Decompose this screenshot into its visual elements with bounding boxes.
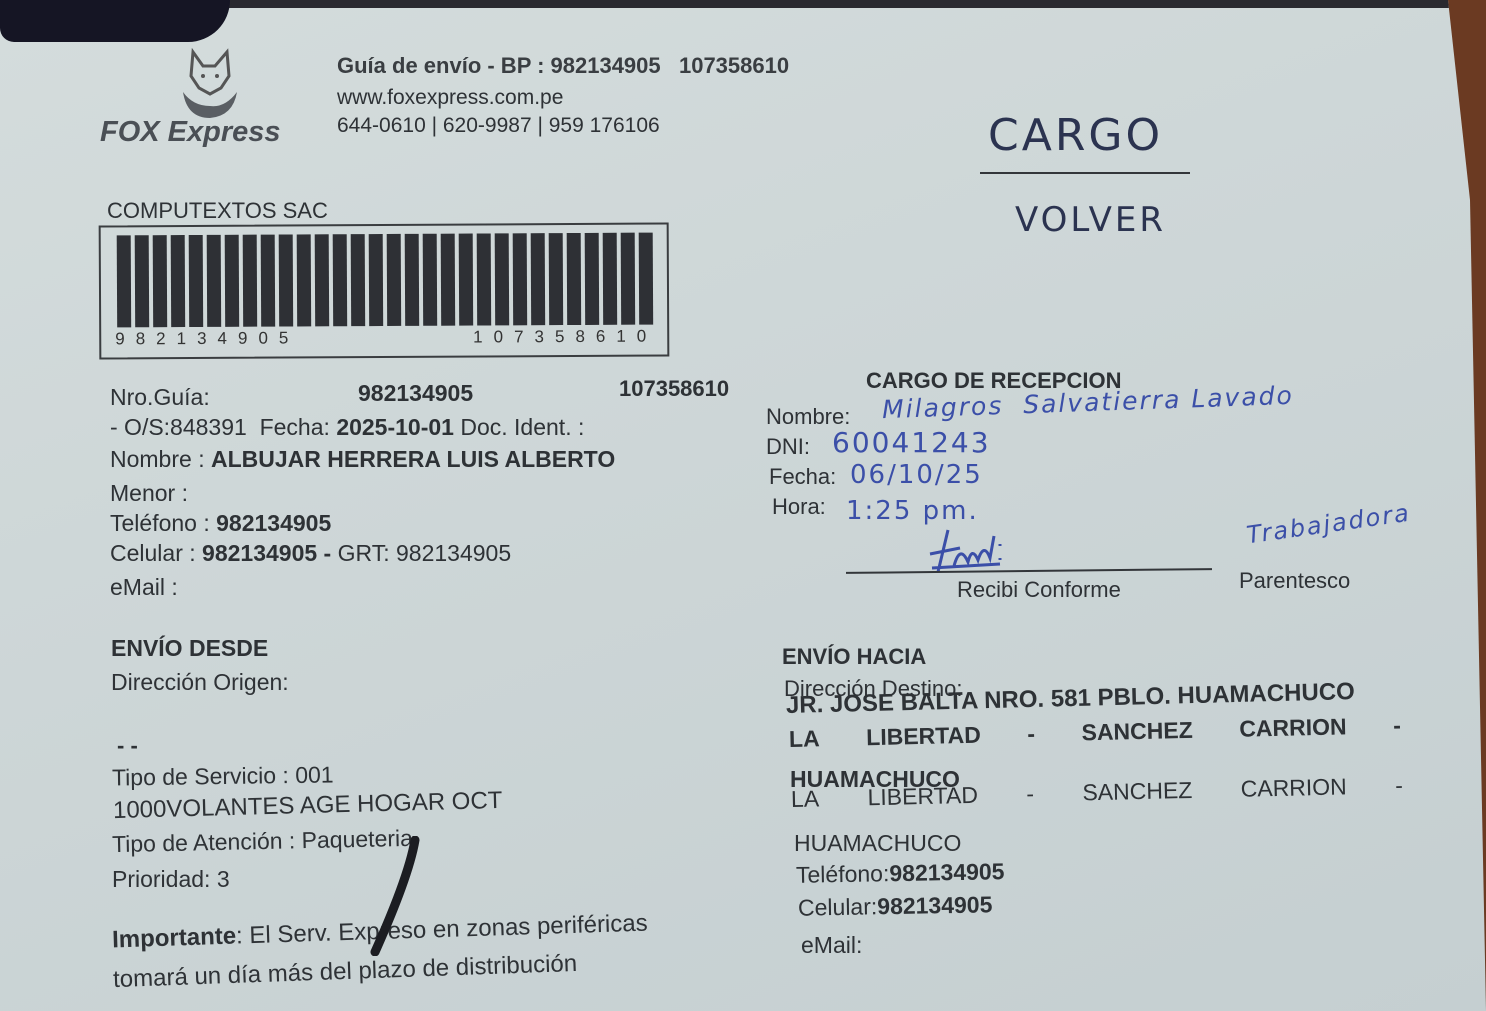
destino-celular-row: Celular:982134905	[798, 891, 993, 921]
barcode-bar	[243, 235, 257, 327]
website: www.foxexpress.com.pe	[337, 86, 563, 110]
hora-label: Hora:	[772, 494, 826, 520]
pen-mark	[365, 836, 425, 956]
address-word: LIBERTAD	[867, 782, 978, 811]
barcode-bar	[405, 234, 419, 326]
email-label: eMail :	[110, 574, 178, 601]
guide-title: Guía de envío - BP : 982134905 107358610	[337, 53, 789, 79]
barcode-bar	[297, 234, 311, 326]
nro-guia-label: Nro.Guía:	[110, 384, 210, 411]
sender-company: COMPUTEXTOS SAC	[107, 198, 328, 224]
barcode-bar	[279, 234, 293, 326]
direccion-origen-label: Dirección Origen:	[111, 669, 289, 696]
envio-desde-title: ENVÍO DESDE	[111, 635, 268, 662]
barcode-bar	[351, 234, 365, 326]
recepcion-fecha-value: 06/10/25	[850, 460, 983, 490]
parentesco-value: Trabajadora	[1245, 499, 1412, 550]
hora-value: 1:25 pm.	[846, 496, 979, 526]
barcode-bar	[135, 235, 149, 327]
address-word: CARRION	[1239, 713, 1347, 742]
barcode-digits-right: 107358610	[473, 327, 657, 348]
address-word: LIBERTAD	[866, 722, 981, 752]
underline	[980, 172, 1190, 174]
descripcion: 1000VOLANTES AGE HOGAR OCT	[113, 787, 503, 825]
shipping-document: FOX Express Guía de envío - BP : 9821349…	[0, 0, 1486, 1011]
barcode-bar	[495, 233, 509, 325]
recepcion-fecha-label: Fecha:	[769, 464, 836, 490]
barcode-bar	[333, 234, 347, 326]
barcode-bar	[639, 233, 653, 325]
direccion-origen-value: - -	[117, 733, 138, 759]
barcode-bar	[171, 235, 185, 327]
address-word: -	[1395, 772, 1403, 799]
barcode-bar	[567, 233, 581, 325]
barcode-bar	[549, 233, 563, 325]
barcode-bar	[603, 233, 617, 325]
address-word: LA	[789, 725, 820, 753]
dark-edge	[200, 0, 1450, 8]
address-line-2: LALIBERTAD-SANCHEZCARRION-	[789, 712, 1401, 753]
barcode-bar	[531, 233, 545, 325]
barcode-bar	[477, 233, 491, 325]
nro-guia-2: 107358610	[619, 376, 729, 402]
logo-text: FOX Express	[100, 116, 281, 149]
dni-label: DNI:	[766, 434, 810, 460]
tipo-servicio: Tipo de Servicio : 001	[112, 761, 334, 791]
dni-value: 60041243	[832, 426, 991, 459]
os-row: - O/S:848391 Fecha: 2025-10-01 Doc. Iden…	[110, 414, 584, 441]
barcode-bar	[117, 235, 131, 327]
address-word: SANCHEZ	[1082, 777, 1192, 806]
address-word: -	[1026, 780, 1034, 807]
barcode-bar	[189, 235, 203, 327]
barcode-bar	[459, 234, 473, 326]
nro-guia-1: 982134905	[358, 380, 473, 407]
barcode-bar	[225, 235, 239, 327]
barcode-bar	[207, 235, 221, 327]
barcode-bar	[153, 235, 167, 327]
barcode-bar	[585, 233, 599, 325]
nombre-row: Nombre : ALBUJAR HERRERA LUIS ALBERTO	[110, 446, 615, 473]
barcode-digits-left: 982134905	[115, 328, 299, 349]
destino-telefono-row: Teléfono:982134905	[796, 858, 1005, 889]
handwritten-volver: VOLVER	[1015, 200, 1166, 240]
barcode-bar	[261, 235, 275, 327]
address-word: -	[1393, 712, 1401, 739]
celular-row: Celular : 982134905 - GRT: 982134905	[110, 540, 511, 567]
nombre-value: ALBUJAR HERRERA LUIS ALBERTO	[211, 446, 615, 472]
handwritten-cargo: CARGO	[988, 110, 1163, 161]
barcode-bar	[441, 234, 455, 326]
signature-line	[846, 568, 1212, 574]
address-word: LA	[791, 785, 820, 813]
barcode-bar	[369, 234, 383, 326]
address-word: SANCHEZ	[1081, 717, 1193, 747]
address-word: -	[1027, 720, 1035, 747]
fecha-value: 2025-10-01	[336, 414, 454, 440]
signature	[920, 524, 1015, 576]
ink-stain	[0, 0, 230, 42]
barcode-bar	[387, 234, 401, 326]
barcode-bar	[315, 234, 329, 326]
prioridad: Prioridad: 3	[112, 866, 230, 893]
phones: 644-0610 | 620-9987 | 959 176106	[337, 114, 660, 138]
recibi-conforme-label: Recibi Conforme	[957, 577, 1121, 603]
menor-label: Menor :	[110, 480, 188, 507]
barcode-bar	[513, 233, 527, 325]
envio-hacia-title: ENVÍO HACIA	[782, 644, 926, 670]
destino-email-label: eMail:	[801, 932, 862, 959]
parentesco-label: Parentesco	[1239, 568, 1350, 594]
barcode-bar	[423, 234, 437, 326]
importante-line-2: tomará un día más del plazo de distribuc…	[113, 950, 578, 994]
address-line-5: HUAMACHUCO	[794, 830, 961, 857]
barcode: 982134905 107358610	[99, 223, 670, 360]
telefono-row: Teléfono : 982134905	[110, 510, 331, 537]
barcode-bar	[621, 233, 635, 325]
address-word: CARRION	[1240, 773, 1347, 802]
